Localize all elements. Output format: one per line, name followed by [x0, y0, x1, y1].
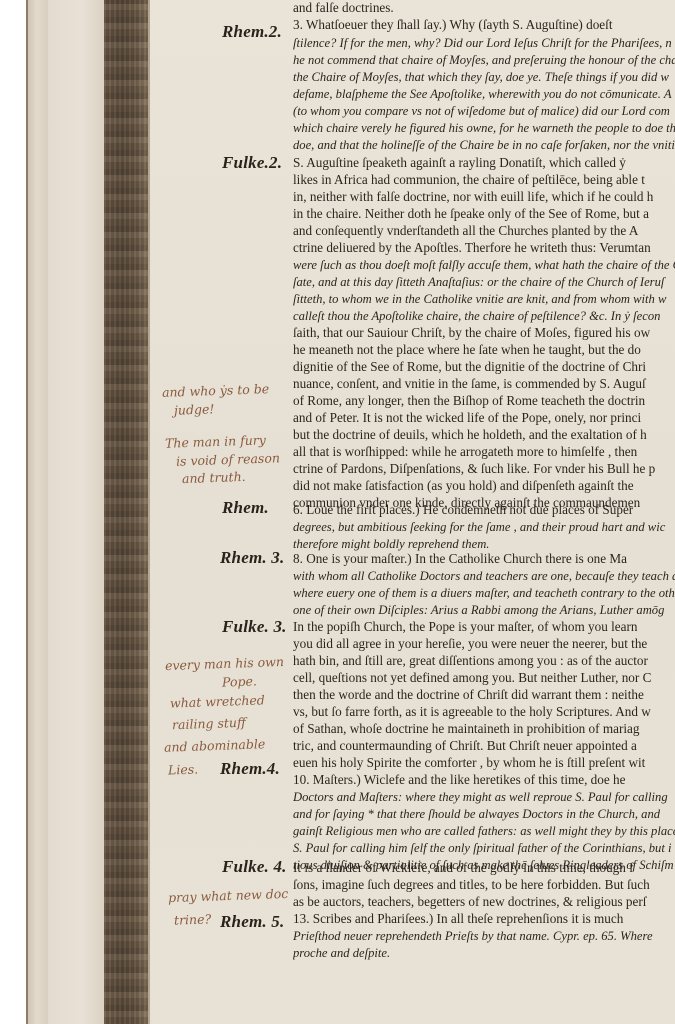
text-line: 8. One is your maſter.) In the Catholike… [293, 551, 675, 567]
text-line: calleſt thou the Apoſtolike chaire, the … [293, 308, 675, 324]
margin-label-rhem-3: Rhem. 3. [220, 548, 284, 568]
text-line: gainſt Religious men who are called fath… [293, 823, 675, 839]
text-line: in, neither with falſe doctrine, nor wit… [293, 189, 675, 205]
text-line: as be auctors, teachers, begetters of ne… [293, 894, 675, 910]
text-line: which chaire verely he figured his owne,… [293, 120, 675, 136]
text-line: where euery one of them is a diuers maſt… [293, 585, 675, 601]
text-line: proche and deſpite. [293, 945, 675, 961]
margin-label-rhem-2: Rhem.2. [222, 22, 282, 42]
text-line: all that is worſhipped: while he arrogat… [293, 444, 675, 460]
text-line: you did all agree in your hereſie, you w… [293, 636, 675, 652]
text-line: Doctors and Maſters: where they might as… [293, 789, 675, 805]
margin-label-rhem-4: Rhem.4. [220, 759, 280, 779]
handwritten-note: and truth. [182, 469, 246, 486]
text-line: of Sathan, whoſe doctrine he maintaineth… [293, 721, 675, 737]
text-line: defame, blaſpheme the See Apoſtolike, wh… [293, 86, 675, 102]
text-line: one of their own Diſciples: Arius a Rabb… [293, 602, 675, 618]
text-line: ctrine of Pardons, Diſpenſations, & ſuch… [293, 461, 675, 477]
handwritten-note: trine? [174, 911, 212, 927]
text-line: did not make ſatisfaction (as you hold) … [293, 478, 675, 494]
margin-label-fulke-3: Fulke. 3. [222, 617, 287, 637]
text-line: euen his holy Spirite the comforter , by… [293, 755, 675, 771]
text-line: 3. Whatſoeuer they ſhall ſay.) Why (ſayt… [293, 17, 675, 33]
flyleaf [48, 0, 104, 1024]
text-line: nuance, conſent, and vnitie in the ſame,… [293, 376, 675, 392]
margin-label-fulke-2: Fulke.2. [222, 153, 282, 173]
margin-label-rhem-unnumbered: Rhem. [222, 498, 269, 518]
text-line: ſons, imagine ſuch degrees and titles, t… [293, 877, 675, 893]
text-line: and falſe doctrines. [293, 0, 675, 16]
text-line: 13. Scribes and Phariſees.) In all theſe… [293, 911, 675, 927]
margin-label-fulke-4: Fulke. 4. [222, 857, 287, 877]
text-line: degrees, but ambitious ſeeking for the ſ… [293, 519, 675, 535]
text-line: therefore might boldly reprehend them. [293, 536, 675, 552]
text-line: he meaneth not the place where he ſate w… [293, 342, 675, 358]
text-line: ſtilence? If for the men, why? Did our L… [293, 35, 675, 51]
margin-label-rhem-5: Rhem. 5. [220, 912, 284, 932]
binding-gutter [104, 0, 150, 1024]
text-line: S. Auguſtine ſpeaketh againſt a rayling … [293, 155, 675, 171]
text-line: Prieſthod neuer reprehendeth Prieſts by … [293, 928, 675, 944]
text-line: doe, and that the holineſſe of the Chair… [293, 137, 675, 153]
text-line: with whom all Catholike Doctors and teac… [293, 568, 675, 584]
text-line: dignitie of the See of Rome, but the dig… [293, 359, 675, 375]
text-line: ſitteth, to whom we in the Catholike vni… [293, 291, 675, 307]
text-line: ſate, and at this day ſitteth Anaſtaſius… [293, 274, 675, 290]
text-line: S. Paul for calling him ſelf the only ſp… [293, 840, 675, 856]
text-line: cell, queſtions not yet defined among yo… [293, 670, 675, 686]
text-line: were ſuch as thou doeſt moſt falſly accu… [293, 257, 675, 273]
text-line: in the chaire. Neither doth he ſpeake on… [293, 206, 675, 222]
handwritten-note: railing stuff [172, 715, 246, 733]
text-line: 6. Loue the firſt places.) He condemneth… [293, 502, 675, 518]
text-line: hath bin, and ſtill are, great diſſentio… [293, 653, 675, 669]
torn-leaf-edge [26, 0, 50, 1024]
text-line: and conſequently vnderſtandeth all the C… [293, 223, 675, 239]
text-line: the Chaire of Moyſes, that which they ſa… [293, 69, 675, 85]
text-line: but the doctrine of deuils, which he hol… [293, 427, 675, 443]
text-line: he not commend that chaire of Moyſes, an… [293, 52, 675, 68]
text-line: 10. Maſters.) Wiclefe and the like heret… [293, 772, 675, 788]
text-line: It is a ſlander of Wicklefe, and of the … [293, 860, 675, 876]
text-line: tric, and countermaunding of Chriſt. But… [293, 738, 675, 754]
text-line: In the popiſh Church, the Pope is your m… [293, 619, 675, 635]
text-line: (to whom you compare vs not of wiſedome … [293, 103, 675, 119]
handwritten-note: judge! [174, 401, 215, 417]
text-line: and for ſaying * that there ſhould be al… [293, 806, 675, 822]
handwritten-note: Lies. [168, 761, 199, 777]
text-line: ctrine deliuered by the Apoſtles. Therfo… [293, 240, 675, 256]
text-line: and of Peter. It is not the wicked life … [293, 410, 675, 426]
text-line: vs, but ſo farre forth, as it is agreeab… [293, 704, 675, 720]
text-line: likes in Africa had communion, the chair… [293, 172, 675, 188]
text-line: of Rome, any longer, then the Biſhop of … [293, 393, 675, 409]
text-line: ſaith, that our Sauiour Chriſt, by the c… [293, 325, 675, 341]
text-line: then the worde and the doctrine of Chriſ… [293, 687, 675, 703]
handwritten-note: Pope. [222, 673, 257, 689]
